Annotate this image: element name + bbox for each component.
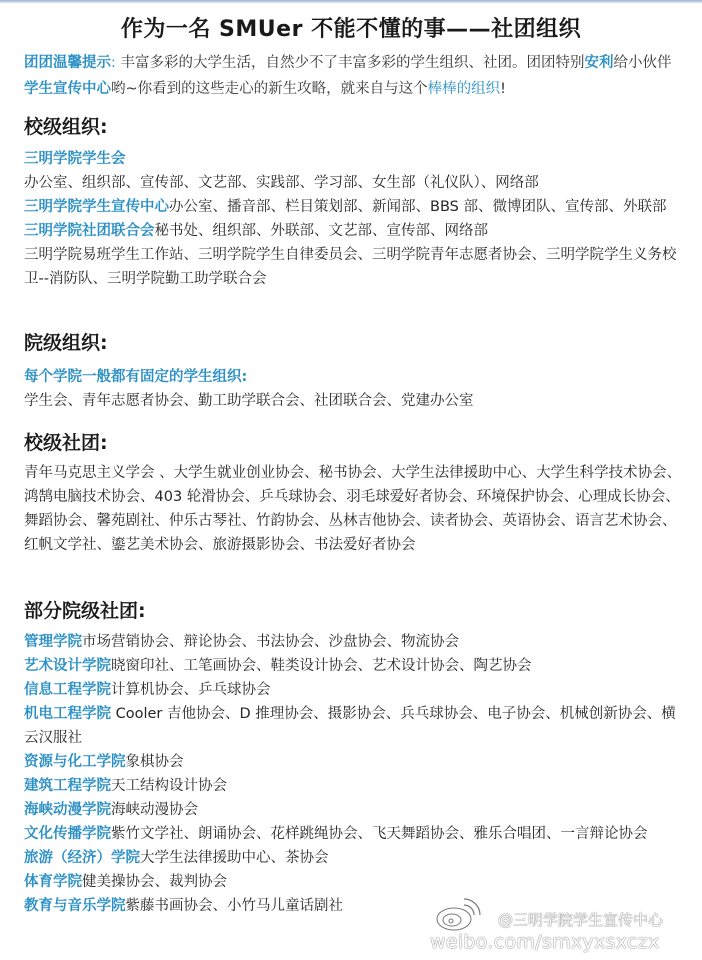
college-club-entry: 旅游（经济）学院大学生法律援助中心、茶协会 <box>24 846 684 870</box>
college-orgs-list: 每个学院一般都有固定的学生组织: 学生会、青年志愿者协会、勤工助学联合会、社团联… <box>24 365 684 413</box>
college-clubs: 紫竹文学社、朗诵协会、花样跳绳协会、飞天舞蹈协会、雅乐合唱团、一言辩论协会 <box>111 826 648 842</box>
intro-colon: : <box>111 55 116 71</box>
college-name: 体育学院 <box>24 874 82 890</box>
college-name: 信息工程学院 <box>24 682 111 698</box>
college-clubs: 市场营销协会、辩论协会、书法协会、沙盘协会、物流协会 <box>82 634 459 650</box>
college-name: 机电工程学院 <box>24 706 111 722</box>
college-name: 文化传播学院 <box>24 826 111 842</box>
college-clubs: Cooler 吉他协会、D 推理协会、摄影协会、兵乓球协会、电子协会、机械创新协… <box>24 706 676 746</box>
section-title-college-clubs: 部分院级社团: <box>24 596 146 623</box>
intro-center-name: 学生宣传中心 <box>24 81 111 97</box>
section-title-school-orgs: 校级组织: <box>24 112 108 139</box>
intro-text-2: 给小伙伴 <box>614 55 672 71</box>
college-clubs-list: 管理学院市场营销协会、辩论协会、书法协会、沙盘协会、物流协会 艺术设计学院晓窗印… <box>24 630 684 918</box>
college-name: 教育与音乐学院 <box>24 898 126 914</box>
college-clubs: 健美操协会、裁判协会 <box>82 874 227 890</box>
org-detail: 秘书处、组织部、外联部、文艺部、宣传部、网络部 <box>155 223 489 239</box>
college-club-entry: 管理学院市场营销协会、辩论协会、书法协会、沙盘协会、物流协会 <box>24 630 684 654</box>
college-club-entry: 海峡动漫学院海峡动漫协会 <box>24 798 684 822</box>
intro-text-1: 丰富多彩的大学生活，自然少不了丰富多彩的学生组织、社团。团团特别 <box>121 55 585 71</box>
college-name: 海峡动漫学院 <box>24 802 111 818</box>
college-club-entry: 建筑工程学院天工结构设计协会 <box>24 774 684 798</box>
college-club-entry: 机电工程学院 Cooler 吉他协会、D 推理协会、摄影协会、兵乓球协会、电子协… <box>24 702 684 750</box>
org-name: 三明学院学生会 <box>24 147 684 171</box>
school-clubs-items: 青年马克思主义学会 、大学生就业创业协会、秘书协会、大学生法律援助中心、大学生科… <box>24 461 684 557</box>
org-detail: 办公室、播音部、栏目策划部、新闻部、BBS 部、微博团队、宣传部、外联部 <box>169 199 666 215</box>
college-name: 资源与化工学院 <box>24 754 126 770</box>
college-clubs: 象棋协会 <box>126 754 184 770</box>
college-orgs-items: 学生会、青年志愿者协会、勤工助学联合会、社团联合会、党建办公室 <box>24 389 684 413</box>
college-clubs: 天工结构设计协会 <box>111 778 227 794</box>
intro-end: ! <box>500 81 506 97</box>
college-name: 艺术设计学院 <box>24 658 111 674</box>
weibo-url: weibo.com/smxyxsxczx <box>430 931 660 953</box>
school-clubs-list: 青年马克思主义学会 、大学生就业创业协会、秘书协会、大学生法律援助中心、大学生科… <box>24 461 684 557</box>
intro-great-org: 棒棒的组织 <box>428 81 501 97</box>
intro-recommend: 安利 <box>585 55 614 71</box>
college-name: 旅游（经济）学院 <box>24 850 140 866</box>
school-orgs-list: 三明学院学生会 办公室、组织部、宣传部、文艺部、实践部、学习部、女生部（礼仪队）… <box>24 147 684 291</box>
org-entry: 三明学院学生宣传中心办公室、播音部、栏目策划部、新闻部、BBS 部、微博团队、宣… <box>24 195 684 219</box>
college-orgs-subheading: 每个学院一般都有固定的学生组织: <box>24 365 684 389</box>
college-clubs: 晓窗印社、工笔画协会、鞋类设计协会、艺术设计协会、陶艺协会 <box>111 658 532 674</box>
college-club-entry: 资源与化工学院象棋协会 <box>24 750 684 774</box>
college-name: 建筑工程学院 <box>24 778 111 794</box>
org-name: 三明学院学生宣传中心 <box>24 199 169 215</box>
college-club-entry: 体育学院健美操协会、裁判协会 <box>24 870 684 894</box>
org-detail: 办公室、组织部、宣传部、文艺部、实践部、学习部、女生部（礼仪队）、网络部 <box>24 171 684 195</box>
org-entry: 三明学院社团联合会秘书处、组织部、外联部、文艺部、宣传部、网络部 <box>24 219 684 243</box>
college-clubs: 计算机协会、乒乓球协会 <box>111 682 271 698</box>
weibo-logo-icon <box>434 897 484 931</box>
intro-paragraph: 团团温馨提示: 丰富多彩的大学生活，自然少不了丰富多彩的学生组织、社团。团团特别… <box>24 50 684 102</box>
section-title-school-clubs: 校级社团: <box>24 428 108 455</box>
org-name: 三明学院社团联合会 <box>24 223 155 239</box>
college-clubs: 大学生法律援助中心、茶协会 <box>140 850 329 866</box>
college-name: 管理学院 <box>24 634 82 650</box>
college-club-entry: 文化传播学院紫竹文学社、朗诵协会、花样跳绳协会、飞天舞蹈协会、雅乐合唱团、一言辩… <box>24 822 684 846</box>
section-title-college-orgs: 院级组织: <box>24 328 108 355</box>
page-title: 作为一名 SMUer 不能不懂的事——社团组织 <box>0 12 702 43</box>
weibo-watermark: @三明学院学生宣传中心 weibo.com/smxyxsxczx <box>428 897 702 957</box>
college-clubs: 紫藤书画协会、小竹马儿童话剧社 <box>126 898 344 914</box>
other-orgs: 三明学院易班学生工作站、三明学院学生自律委员会、三明学院青年志愿者协会、三明学院… <box>24 243 684 291</box>
college-clubs: 海峡动漫协会 <box>111 802 198 818</box>
weibo-handle: @三明学院学生宣传中心 <box>498 909 663 930</box>
top-border <box>0 0 702 3</box>
college-club-entry: 艺术设计学院晓窗印社、工笔画协会、鞋类设计协会、艺术设计协会、陶艺协会 <box>24 654 684 678</box>
college-club-entry: 信息工程学院计算机协会、乒乓球协会 <box>24 678 684 702</box>
intro-label: 团团温馨提示 <box>24 55 111 71</box>
intro-text-3: 哟~你看到的这些走心的新生攻略，就来自与这个 <box>111 81 428 97</box>
